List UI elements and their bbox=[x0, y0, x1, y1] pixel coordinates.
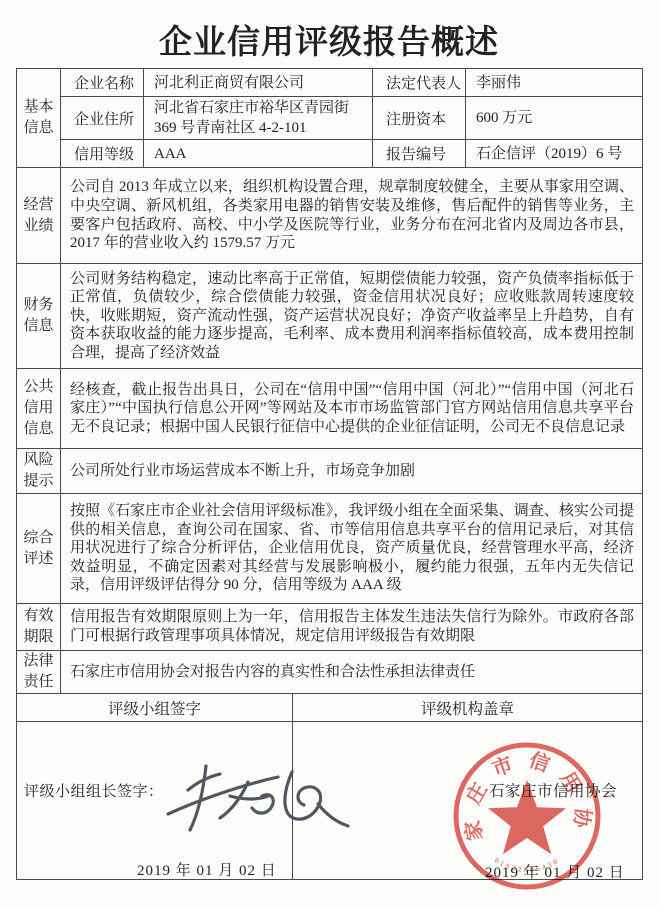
field-company-name-label: 企业名称 bbox=[61, 69, 144, 97]
section-label-business-performance: 经营业绩 bbox=[17, 168, 61, 264]
field-registered-capital-value: 600 万元 bbox=[466, 97, 643, 140]
team-signature-date: 2019 年 01 月 02 日 bbox=[137, 859, 277, 880]
page-title: 企业信用评级报告概述 bbox=[0, 16, 658, 63]
report-table: 基本信息 企业名称 河北利正商贸有限公司 法定代表人 李丽伟 企业住所 河北省石… bbox=[16, 68, 643, 694]
rating-team-signature-header: 评级小组签字 bbox=[17, 694, 293, 722]
section-label-basic-info: 基本信息 bbox=[17, 69, 61, 168]
section-label-overall-review: 综合评述 bbox=[17, 494, 61, 604]
star-icon bbox=[488, 780, 566, 854]
section-text-public-credit-info: 经核查，截止报告出具日，公司在“信用中国”“信用中国（河北）”“信用中国（河北石… bbox=[61, 369, 643, 449]
rating-agency-seal-cell: 石家庄市信用协会 2019 年 01 月 02 日 石家庄市信用协会 01522… bbox=[293, 722, 643, 880]
team-leader-signature-label: 评级小组组长签字： bbox=[24, 780, 164, 801]
field-registered-capital-label: 注册资本 bbox=[373, 97, 466, 140]
seal-code-text: 01522506430 bbox=[493, 856, 561, 874]
field-report-number-value: 石企信评（2019）6 号 bbox=[466, 140, 643, 168]
section-label-public-credit-info: 公共信用信息 bbox=[17, 369, 61, 449]
field-address-value: 河北省石家庄市裕华区青园街 369 号青南社区 4-2-101 bbox=[144, 97, 373, 140]
signature-table: 评级小组签字 评级机构盖章 评级小组组长签字： bbox=[16, 693, 643, 880]
section-label-validity-period: 有效期限 bbox=[17, 604, 61, 651]
field-address-label: 企业住所 bbox=[61, 97, 144, 140]
section-text-validity-period: 信用报告有效期限原则上为一年，信用报告主体发生违法失信行为除外。市政府各部门可根… bbox=[61, 604, 643, 651]
section-label-risk-warning: 风险提示 bbox=[17, 449, 61, 494]
section-text-overall-review: 按照《石家庄市企业社会信用评级标准》，我评级小组在全面采集、调查、核实公司提供的… bbox=[61, 494, 643, 604]
section-text-legal-liability: 石家庄市信用协会对报告内容的真实性和合法性承担法律责任 bbox=[61, 651, 643, 694]
section-label-financial-info: 财务信息 bbox=[17, 264, 61, 369]
section-text-financial-info: 公司财务结构稳定，速动比率高于正常值，短期偿债能力较强，资产负债率指标低于正常值… bbox=[61, 264, 643, 369]
official-seal: 石家庄市信用协会 01522506430 bbox=[447, 736, 607, 896]
section-text-risk-warning: 公司所处行业市场运营成本不断上升，市场竞争加剧 bbox=[61, 449, 643, 494]
rating-team-signature-cell: 评级小组组长签字： 2019 年 01 月 bbox=[17, 722, 293, 880]
field-report-number-label: 报告编号 bbox=[373, 140, 466, 168]
field-company-name-value: 河北利正商贸有限公司 bbox=[144, 69, 373, 97]
field-legal-rep-value: 李丽伟 bbox=[466, 69, 643, 97]
field-credit-rating-value: AAA bbox=[144, 140, 373, 168]
field-legal-rep-label: 法定代表人 bbox=[373, 69, 466, 97]
field-credit-rating-label: 信用等级 bbox=[61, 140, 144, 168]
rating-agency-seal-header: 评级机构盖章 bbox=[293, 694, 643, 722]
report-page: 企业信用评级报告概述 基本信息 企业名称 河北利正商贸有限公司 法定代表人 李丽… bbox=[0, 0, 658, 908]
section-text-business-performance: 公司自 2013 年成立以来，组织机构设置合理，规章制度较健全，主要从事家用空调… bbox=[61, 168, 643, 264]
section-label-legal-liability: 法律责任 bbox=[17, 651, 61, 694]
